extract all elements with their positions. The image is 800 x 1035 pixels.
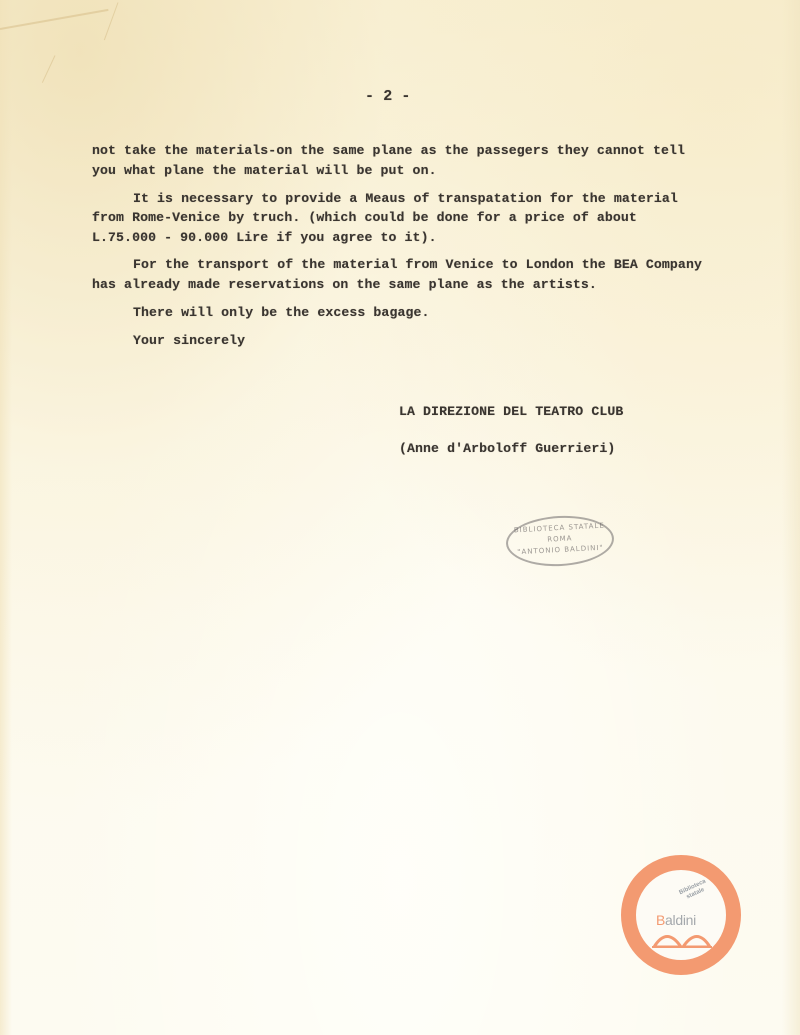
library-stamp: BIBLIOTECA STATALE ROMA "ANTONIO BALDINI… xyxy=(505,513,615,569)
body-text-line: L.75.000 - 90.000 Lire if you agree to i… xyxy=(92,230,437,245)
logo-initial: B xyxy=(656,912,665,928)
logo-subtitle: Biblioteca statale xyxy=(678,879,710,904)
logo-name: Baldini xyxy=(656,912,696,928)
paper-edge-shadow xyxy=(0,0,12,1035)
body-text-line: It is necessary to provide a Meaus of tr… xyxy=(133,191,678,206)
logo-name-rest: aldini xyxy=(665,912,696,928)
baldini-library-logo: Biblioteca statale Baldini xyxy=(621,855,741,975)
paper-edge-shadow xyxy=(782,0,800,1035)
signature-organization: LA DIREZIONE DEL TEATRO CLUB xyxy=(399,404,623,419)
body-text-line: you what plane the material will be put … xyxy=(92,163,437,178)
paper-crease xyxy=(0,9,109,30)
body-text-line: not take the materials-on the same plane… xyxy=(92,143,685,158)
body-text-line: from Rome-Venice by truch. (which could … xyxy=(92,210,637,225)
document-page: - 2 - not take the materials-on the same… xyxy=(0,0,800,1035)
body-text-line: has already made reservations on the sam… xyxy=(92,277,597,292)
signature-name: (Anne d'Arboloff Guerrieri) xyxy=(399,441,615,456)
open-book-icon xyxy=(652,928,712,948)
body-text-line: For the transport of the material from V… xyxy=(133,257,702,272)
paper-crease xyxy=(104,2,119,40)
paper-crease xyxy=(42,55,56,83)
page-number: - 2 - xyxy=(365,88,411,105)
closing-salutation: Your sincerely xyxy=(133,333,245,348)
body-text-line: There will only be the excess bagage. xyxy=(133,305,430,320)
